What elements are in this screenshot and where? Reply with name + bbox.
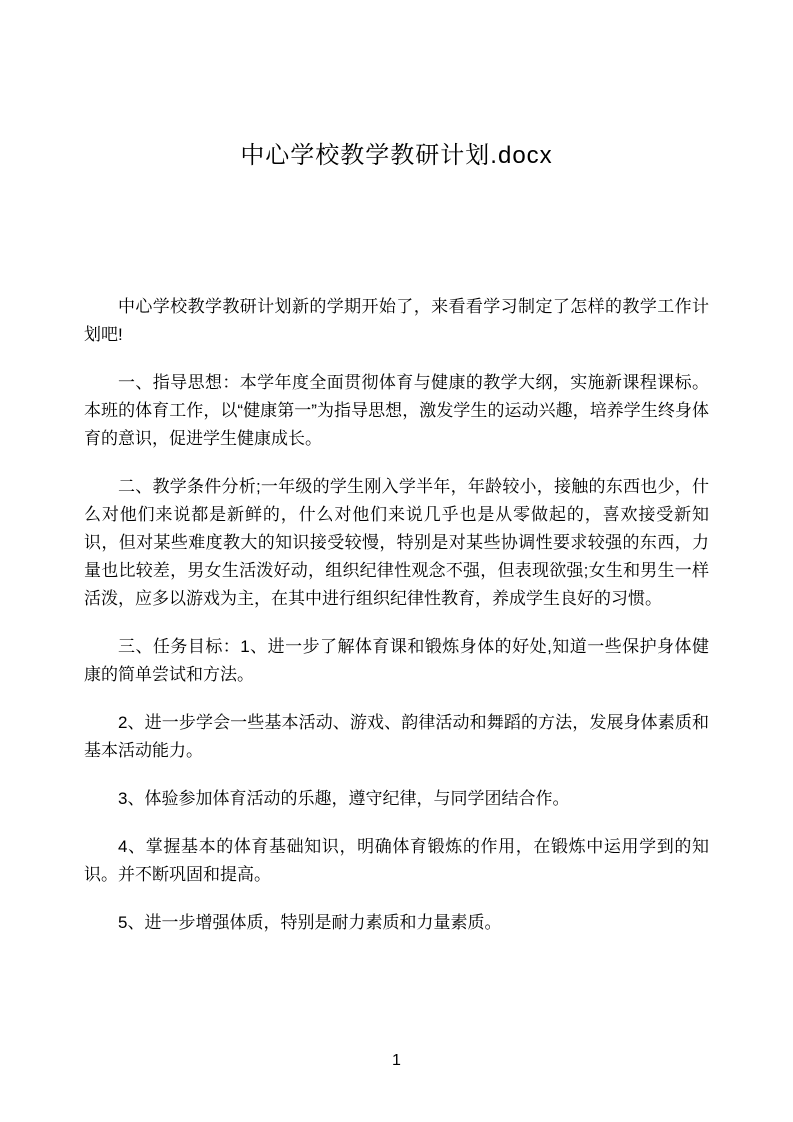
guiding-ideology-paragraph: 一、指导思想：本学年度全面贯彻体育与健康的教学大纲，实施新课程课标。本班的体育工… (84, 369, 709, 453)
goal-item-4-paragraph: 4、掌握基本的体育基础知识，明确体育锻炼的作用，在锻炼中运用学到的知识。并不断巩… (84, 833, 709, 889)
document-title: 中心学校教学教研计划.docx (0, 0, 793, 171)
document-page: 中心学校教学教研计划.docx 中心学校教学教研计划新的学期开始了，来看看学习制… (0, 0, 793, 1122)
page-number: 1 (0, 1052, 793, 1070)
goal-item-2-paragraph: 2、进一步学会一些基本活动、游戏、韵律活动和舞蹈的方法，发展身体素质和基本活动能… (84, 709, 709, 765)
goal-item-3-paragraph: 3、体验参加体育活动的乐趣，遵守纪律，与同学团结合作。 (84, 785, 709, 813)
goal-item-5-paragraph: 5、进一步增强体质，特别是耐力素质和力量素质。 (84, 909, 709, 937)
task-goals-paragraph: 三、任务目标：1、进一步了解体育课和锻炼身体的好处,知道一些保护身体健康的简单尝… (84, 633, 709, 689)
teaching-conditions-paragraph: 二、教学条件分析;一年级的学生刚入学半年，年龄较小，接触的东西也少，什么对他们来… (84, 473, 709, 613)
document-body: 中心学校教学教研计划新的学期开始了，来看看学习制定了怎样的教学工作计划吧! 一、… (84, 293, 709, 937)
intro-paragraph: 中心学校教学教研计划新的学期开始了，来看看学习制定了怎样的教学工作计划吧! (84, 293, 709, 349)
